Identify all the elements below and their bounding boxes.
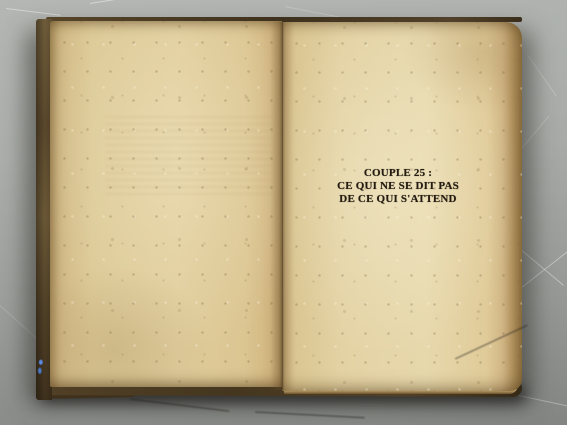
open-book: COUPLE 25 : CE QUI NE SE DIT PAS DE CE Q… [36,17,526,409]
chapter-heading-line-2: CE QUI NE SE DIT PAS [278,180,518,193]
chapter-heading: COUPLE 25 : CE QUI NE SE DIT PAS DE CE Q… [278,167,518,206]
photo-scene: COUPLE 25 : CE QUI NE SE DIT PAS DE CE Q… [0,0,567,425]
text-showthrough [105,116,273,196]
right-page [282,22,522,391]
blue-ink-mark [37,358,44,375]
scratch-line [255,411,365,419]
scratch-line [6,8,61,16]
chapter-heading-line-3: DE CE QUI S'ATTEND [278,193,518,206]
chapter-heading-line-1: COUPLE 25 : [278,167,518,180]
scratch-line [90,0,135,4]
scratch-line [528,55,557,97]
left-blank-page [50,21,282,387]
